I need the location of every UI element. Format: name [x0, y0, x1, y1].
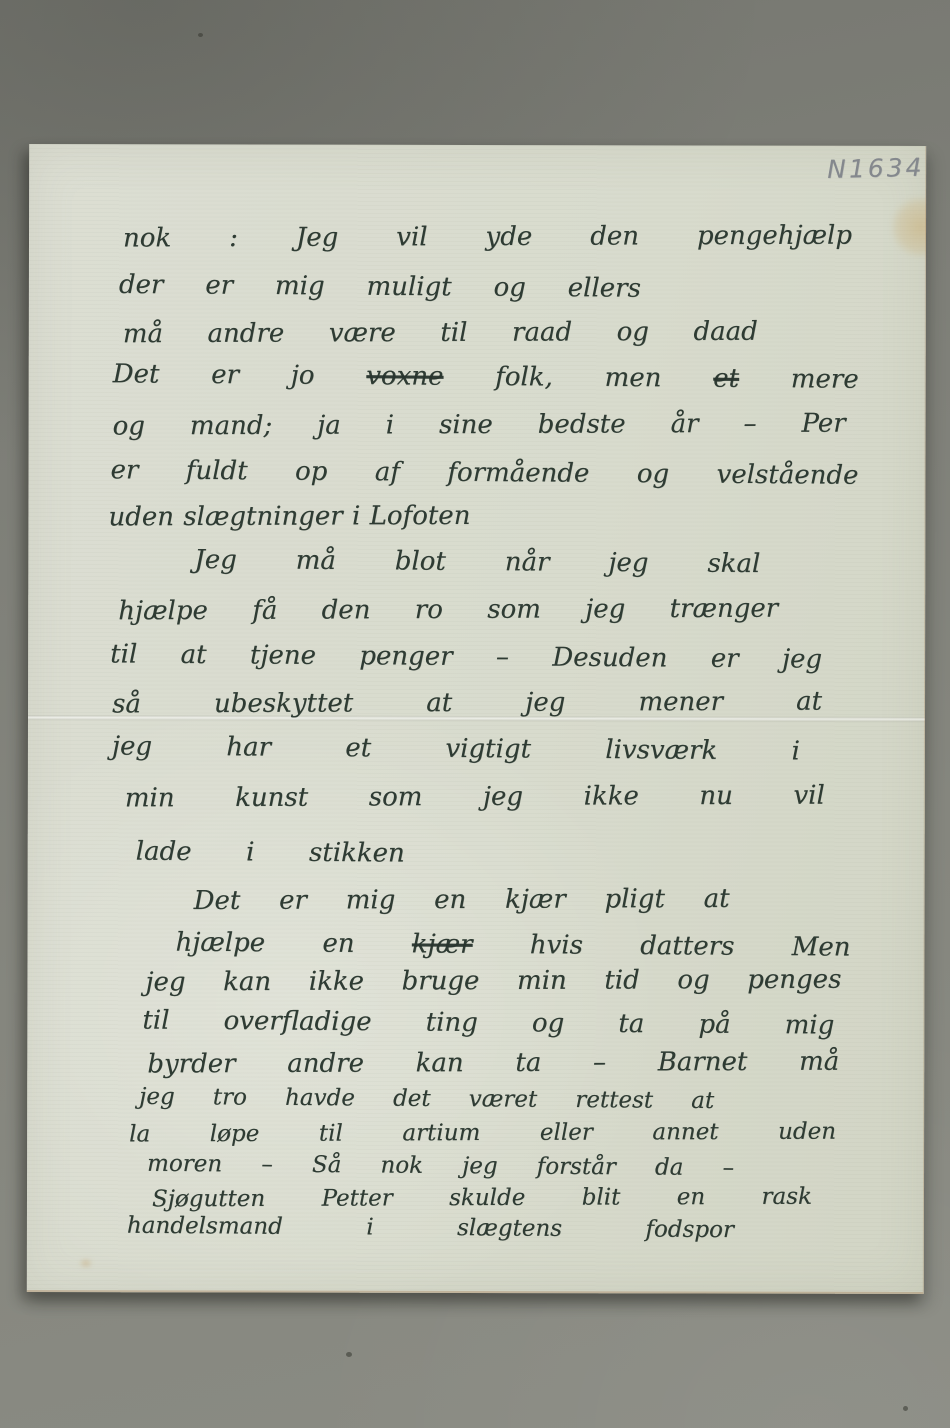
handwriting-word: mig: [346, 885, 396, 915]
handwriting-line: Determigenkjærpligtat: [194, 884, 730, 916]
handwriting-word: jeg: [483, 782, 523, 812]
handwriting-line: derermigmuligtogellers: [119, 270, 641, 304]
handwriting-line: Deterjovoxnefolk,menetmere: [113, 359, 859, 394]
handwriting-line: hjælpefådenrosomjegtrænger: [118, 594, 778, 627]
handwriting-word: må: [123, 319, 163, 349]
handwriting-line: jegtrohavdedetværetrettestat: [139, 1084, 714, 1114]
handwriting-word: slægtninger: [183, 501, 343, 532]
handwriting: nok:Jegvilydedenpengehjælpderermigmuligt…: [27, 144, 926, 1294]
handwriting-word: år: [671, 409, 699, 439]
handwriting-word: som: [487, 595, 541, 625]
handwriting-word: til: [440, 318, 467, 348]
handwriting-word: fuldt: [186, 456, 248, 486]
handwriting-line: nok:Jegvilydedenpengehjælp: [123, 221, 852, 254]
handwriting-word: nu: [699, 781, 733, 811]
handwriting-word: men: [605, 363, 662, 393]
handwriting-line: SjøguttenPetterskuldeblitenrask: [152, 1184, 812, 1213]
handwriting-word: stikken: [309, 838, 405, 869]
handwriting-word: uden: [778, 1119, 836, 1145]
handwriting-word: der: [119, 270, 164, 300]
handwriting-word: i: [791, 736, 800, 766]
handwriting-word: kunst: [235, 783, 308, 813]
handwriting-word: andre: [287, 1049, 364, 1079]
handwriting-word: den: [590, 221, 639, 251]
handwriting-line: ladeistikken: [136, 837, 405, 869]
handwriting-word: til: [319, 1121, 343, 1147]
handwriting-word: mand;: [190, 411, 272, 441]
handwriting-word: lade: [136, 837, 192, 867]
handwriting-word: skulde: [449, 1185, 525, 1211]
handwriting-word: jeg: [139, 1084, 175, 1110]
handwriting-word: hjælpe: [118, 596, 208, 626]
handwriting-word: et: [713, 364, 739, 394]
handwriting-word: er: [211, 360, 239, 390]
handwriting-word: Så: [312, 1152, 342, 1178]
handwriting-word: til: [142, 1005, 169, 1035]
handwriting-word: folk,: [495, 362, 553, 392]
handwriting-word: jeg: [608, 548, 648, 578]
handwriting-word: så: [112, 689, 141, 719]
handwriting-word: i: [386, 410, 394, 440]
handwriting-word: –: [593, 1048, 606, 1078]
handwriting-line: ogmand;jaisinebedsteår–Per: [113, 409, 846, 442]
handwriting-line: erfuldtopafformåendeogvelstående: [110, 455, 858, 490]
handwriting-word: og: [532, 1008, 565, 1038]
photo-backdrop: N1634 nok:Jegvilydedenpengehjælpderermig…: [0, 0, 950, 1428]
handwriting-word: jo: [291, 361, 315, 391]
handwriting-word: Per: [801, 409, 845, 439]
handwriting-word: da: [655, 1154, 684, 1180]
letter-page: N1634 nok:Jegvilydedenpengehjælpderermig…: [27, 144, 926, 1294]
handwriting-word: fodspor: [645, 1216, 734, 1243]
handwriting-word: –: [722, 1155, 734, 1181]
handwriting-word: at: [691, 1088, 714, 1114]
handwriting-word: blit: [582, 1184, 621, 1210]
handwriting-word: yde: [485, 222, 532, 252]
handwriting-word: rask: [761, 1184, 812, 1210]
handwriting-word: vil: [396, 222, 427, 252]
handwriting-word: penges: [747, 965, 841, 995]
handwriting-word: op: [295, 457, 328, 487]
handwriting-word: må: [799, 1047, 839, 1077]
handwriting-word: pligt: [604, 884, 664, 914]
handwriting-line: jegkanikkebrugemintidogpenges: [145, 965, 841, 998]
handwriting-line: tilattjenepenger–Desudenerjeg: [110, 639, 822, 674]
handwriting-word: skal: [707, 549, 760, 579]
handwriting-word: ta: [515, 1048, 541, 1078]
handwriting-word: overfladige: [223, 1006, 371, 1037]
handwriting-word: uden: [108, 502, 174, 532]
handwriting-word: trænger: [670, 594, 779, 624]
handwriting-word: Det: [194, 886, 241, 916]
handwriting-word: og: [493, 273, 526, 303]
handwriting-word: være: [329, 318, 396, 348]
handwriting-word: jeg: [462, 1153, 498, 1179]
handwriting-word: i: [246, 837, 255, 867]
handwriting-word: kan: [416, 1048, 464, 1078]
handwriting-word: Men: [792, 932, 851, 962]
handwriting-word: tid: [604, 965, 640, 995]
handwriting-line: byrderandrekanta–Barnetmå: [147, 1047, 839, 1080]
handwriting-word: i: [366, 1214, 374, 1240]
handwriting-word: det: [393, 1086, 431, 1112]
backdrop-speck: [198, 33, 203, 37]
handwriting-word: min: [517, 966, 567, 996]
handwriting-word: er: [711, 644, 739, 674]
handwriting-word: jeg: [782, 644, 822, 674]
handwriting-word: livsværk: [605, 735, 717, 766]
handwriting-word: muligt: [366, 272, 451, 303]
handwriting-word: kjær: [505, 885, 566, 915]
handwriting-word: Barnet: [658, 1047, 748, 1077]
backdrop-speck: [346, 1352, 352, 1357]
handwriting-word: og: [677, 965, 709, 995]
handwriting-word: mere: [791, 364, 859, 394]
handwriting-word: den: [322, 595, 371, 625]
handwriting-word: ro: [415, 595, 443, 625]
handwriting-word: er: [205, 271, 233, 301]
handwriting-line: jegharetvigtigtlivsværki: [112, 731, 800, 766]
handwriting-word: andre: [207, 319, 284, 349]
handwriting-word: datters: [640, 931, 734, 962]
handwriting-word: få: [252, 596, 277, 626]
handwriting-word: løpe: [210, 1121, 260, 1147]
handwriting-word: forstår: [537, 1154, 616, 1181]
handwriting-word: at: [796, 687, 822, 717]
handwriting-line: såubeskyttetatjegmenerat: [112, 687, 822, 720]
handwriting-word: Jeg: [194, 545, 237, 575]
handwriting-word: jeg: [112, 731, 152, 761]
handwriting-word: tjene: [250, 640, 316, 670]
handwriting-word: havde: [285, 1085, 355, 1112]
handwriting-word: en: [322, 929, 354, 959]
handwriting-word: Desuden: [552, 643, 667, 674]
handwriting-word: ting: [426, 1008, 478, 1038]
handwriting-word: mener: [638, 687, 723, 717]
handwriting-line: handelsmandislægtensfodspor: [127, 1213, 734, 1243]
handwriting-word: jeg: [585, 594, 625, 624]
handwriting-word: Sjøgutten: [152, 1186, 265, 1212]
handwriting-word: –: [743, 409, 756, 439]
handwriting-line: udenslægtningeriLofoten: [108, 501, 470, 532]
handwriting-word: min: [125, 783, 175, 813]
handwriting-word: vil: [793, 781, 824, 811]
handwriting-word: på: [698, 1010, 730, 1040]
handwriting-word: været: [469, 1086, 538, 1113]
handwriting-word: bedste: [538, 409, 626, 439]
handwriting-word: sine: [439, 410, 493, 440]
handwriting-word: raad: [512, 317, 572, 347]
handwriting-word: af: [375, 457, 400, 487]
handwriting-word: Petter: [321, 1185, 392, 1211]
handwriting-word: vigtigt: [445, 734, 531, 765]
handwriting-word: ellers: [568, 273, 641, 304]
handwriting-word: mig: [785, 1010, 835, 1040]
handwriting-word: Det: [113, 359, 160, 389]
handwriting-word: formående: [447, 458, 589, 489]
handwriting-word: og: [637, 459, 670, 489]
handwriting-word: –: [496, 642, 509, 672]
handwriting-word: rettest: [575, 1087, 653, 1114]
handwriting-word: eller: [540, 1120, 593, 1146]
handwriting-word: jeg: [145, 967, 185, 997]
handwriting-word: og: [113, 411, 145, 441]
handwriting-word: voxne: [366, 361, 443, 392]
handwriting-word: tro: [213, 1084, 247, 1110]
backdrop-speck: [903, 1406, 908, 1411]
handwriting-word: Lofoten: [370, 501, 471, 531]
handwriting-word: nok: [380, 1152, 423, 1178]
handwriting-word: mig: [275, 271, 325, 301]
handwriting-word: handelsmand: [127, 1213, 283, 1240]
handwriting-word: moren: [147, 1151, 222, 1178]
handwriting-word: ikke: [309, 967, 364, 997]
handwriting-word: et: [345, 733, 371, 763]
handwriting-word: når: [505, 547, 550, 577]
handwriting-word: ubeskyttet: [214, 688, 353, 719]
handwriting-word: artium: [402, 1120, 480, 1146]
handwriting-word: at: [704, 884, 730, 914]
handwriting-word: i: [352, 501, 360, 531]
handwriting-word: må: [296, 546, 336, 576]
handwriting-word: har: [226, 732, 271, 762]
handwriting-word: er: [110, 455, 138, 485]
handwriting-word: blot: [395, 546, 446, 576]
handwriting-word: til: [110, 639, 137, 669]
handwriting-word: en: [434, 885, 466, 915]
handwriting-line: laløpetilartiumellerannetuden: [129, 1119, 836, 1148]
handwriting-line: Jegmåblotnårjegskal: [194, 545, 760, 579]
handwriting-word: hjælpe: [175, 928, 265, 959]
handwriting-word: –: [261, 1152, 273, 1178]
handwriting-word: en: [677, 1184, 706, 1210]
handwriting-word: ikke: [584, 781, 639, 811]
handwriting-line: hjælpeenkjærhvisdattersMen: [175, 928, 850, 963]
handwriting-word: nok: [123, 223, 171, 253]
handwriting-word: velstående: [716, 460, 858, 491]
handwriting-word: bruge: [402, 966, 480, 996]
handwriting-word: Jeg: [296, 223, 339, 253]
handwriting-word: daad: [693, 317, 757, 347]
handwriting-word: annet: [652, 1119, 718, 1145]
handwriting-word: at: [426, 688, 452, 718]
handwriting-word: ja: [317, 411, 341, 441]
handwriting-word: som: [369, 782, 423, 812]
handwriting-word: byrder: [147, 1049, 235, 1079]
handwriting-line: tiloverfladigetingogtapåmig: [142, 1005, 834, 1040]
handwriting-word: og: [617, 317, 649, 347]
handwriting-word: ta: [618, 1009, 644, 1039]
handwriting-word: kjær: [412, 929, 473, 959]
handwriting-word: at: [180, 640, 206, 670]
handwriting-word: pengehjælp: [697, 221, 852, 252]
handwriting-word: :: [229, 223, 238, 253]
handwriting-word: slægtens: [457, 1215, 562, 1242]
handwriting-line: minkunstsomjegikkenuvil: [125, 781, 825, 814]
handwriting-word: penger: [359, 641, 452, 672]
handwriting-word: er: [279, 886, 307, 916]
handwriting-word: jeg: [525, 688, 565, 718]
handwriting-word: hvis: [530, 930, 583, 960]
handwriting-line: måandreværetilraadogdaad: [123, 317, 758, 350]
handwriting-line: moren–Sånokjegforstårda–: [147, 1151, 734, 1181]
handwriting-word: la: [129, 1121, 150, 1147]
handwriting-word: kan: [223, 967, 271, 997]
